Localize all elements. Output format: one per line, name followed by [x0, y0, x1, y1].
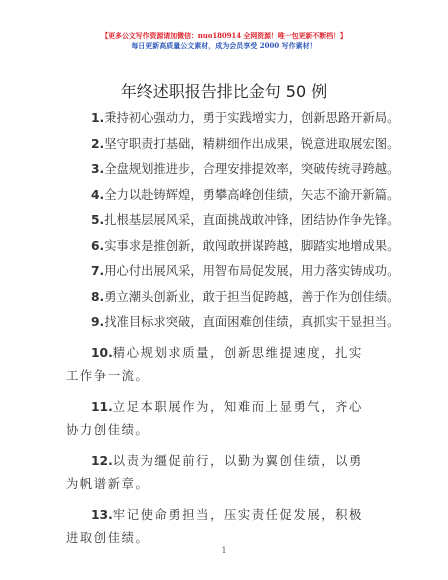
- item-number: 1.: [91, 111, 104, 125]
- item-text: 用心付出展风采，用智布局促发展，用力落实铸成功。: [104, 264, 399, 278]
- document-page: 【更多公文写作资源请加微信：nuo180914 全网资源！唯一包更新不断档！】 …: [0, 0, 448, 580]
- item-number: 8.: [91, 290, 104, 304]
- item-text: 扎根基层展风采，直面挑战敢冲锋，团结协作争先锋。: [104, 213, 399, 227]
- promo-banner-line-2: 每日更新高质量公文素材，成为会员享受 2000 写作素材！: [0, 41, 448, 51]
- item-number: 9.: [91, 315, 104, 329]
- document-title: 年终述职报告排比金句 50 例: [0, 79, 448, 102]
- item-text: 勇立潮头创新业，敢于担当促跨越，善于作为创佳绩。: [104, 290, 399, 304]
- item-number: 13.: [91, 508, 113, 522]
- item-text: 全盘规划推进步，合理安排提效率，突破传统寻跨越。: [104, 162, 399, 176]
- item-number: 5.: [91, 213, 104, 227]
- list-item: 10.精心规划求质量，创新思维提速度，扎实工作争一流。: [66, 342, 376, 388]
- item-text: 实事求是推创新，敢闯敢拼谋跨越，脚踏实地增成果。: [104, 239, 399, 253]
- list-item: 6.实事求是推创新，敢闯敢拼谋跨越，脚踏实地增成果。: [66, 234, 376, 260]
- list-item: 12.以责为缰促前行，以勤为翼创佳绩，以勇为帆谱新章。: [66, 450, 376, 496]
- list-item: 11.立足本职展作为，知难而上显勇气，齐心协力创佳绩。: [66, 396, 376, 442]
- list-item: 7.用心付出展风采，用智布局促发展，用力落实铸成功。: [66, 259, 376, 285]
- item-number: 11.: [91, 400, 113, 414]
- list-item: 2.坚守职责打基础，精耕细作出成果，锐意进取展宏图。: [66, 132, 376, 158]
- list-item: 13.牢记使命勇担当，压实责任促发展，积极进取创佳绩。: [66, 504, 376, 550]
- list-item: 9.找准目标求突破，直面困难创佳绩，真抓实干显担当。: [66, 310, 376, 336]
- page-number: 1: [0, 546, 448, 555]
- phrase-list: 1.秉持初心强动力，勇于实践增实力，创新思路开新局。 2.坚守职责打基础，精耕细…: [66, 106, 376, 558]
- item-number: 4.: [91, 188, 104, 202]
- list-item: 8.勇立潮头创新业，敢于担当促跨越，善于作为创佳绩。: [66, 285, 376, 311]
- item-number: 2.: [91, 137, 104, 151]
- item-text: 坚守职责打基础，精耕细作出成果，锐意进取展宏图。: [104, 137, 399, 151]
- item-number: 7.: [91, 264, 104, 278]
- item-text: 找准目标求突破，直面困难创佳绩，真抓实干显担当。: [104, 315, 399, 329]
- item-text: 秉持初心强动力，勇于实践增实力，创新思路开新局。: [104, 111, 399, 125]
- item-text: 全力以赴铸辉煌，勇攀高峰创佳绩，矢志不渝开新篇。: [104, 188, 399, 202]
- promo-banner-line-1: 【更多公文写作资源请加微信：nuo180914 全网资源！唯一包更新不断档！】: [0, 31, 448, 41]
- item-number: 3.: [91, 162, 104, 176]
- list-item: 4.全力以赴铸辉煌，勇攀高峰创佳绩，矢志不渝开新篇。: [66, 183, 376, 209]
- list-item: 5.扎根基层展风采，直面挑战敢冲锋，团结协作争先锋。: [66, 208, 376, 234]
- item-number: 12.: [91, 454, 113, 468]
- item-number: 6.: [91, 239, 104, 253]
- item-number: 10.: [91, 346, 113, 360]
- list-item: 1.秉持初心强动力，勇于实践增实力，创新思路开新局。: [66, 106, 376, 132]
- list-item: 3.全盘规划推进步，合理安排提效率，突破传统寻跨越。: [66, 157, 376, 183]
